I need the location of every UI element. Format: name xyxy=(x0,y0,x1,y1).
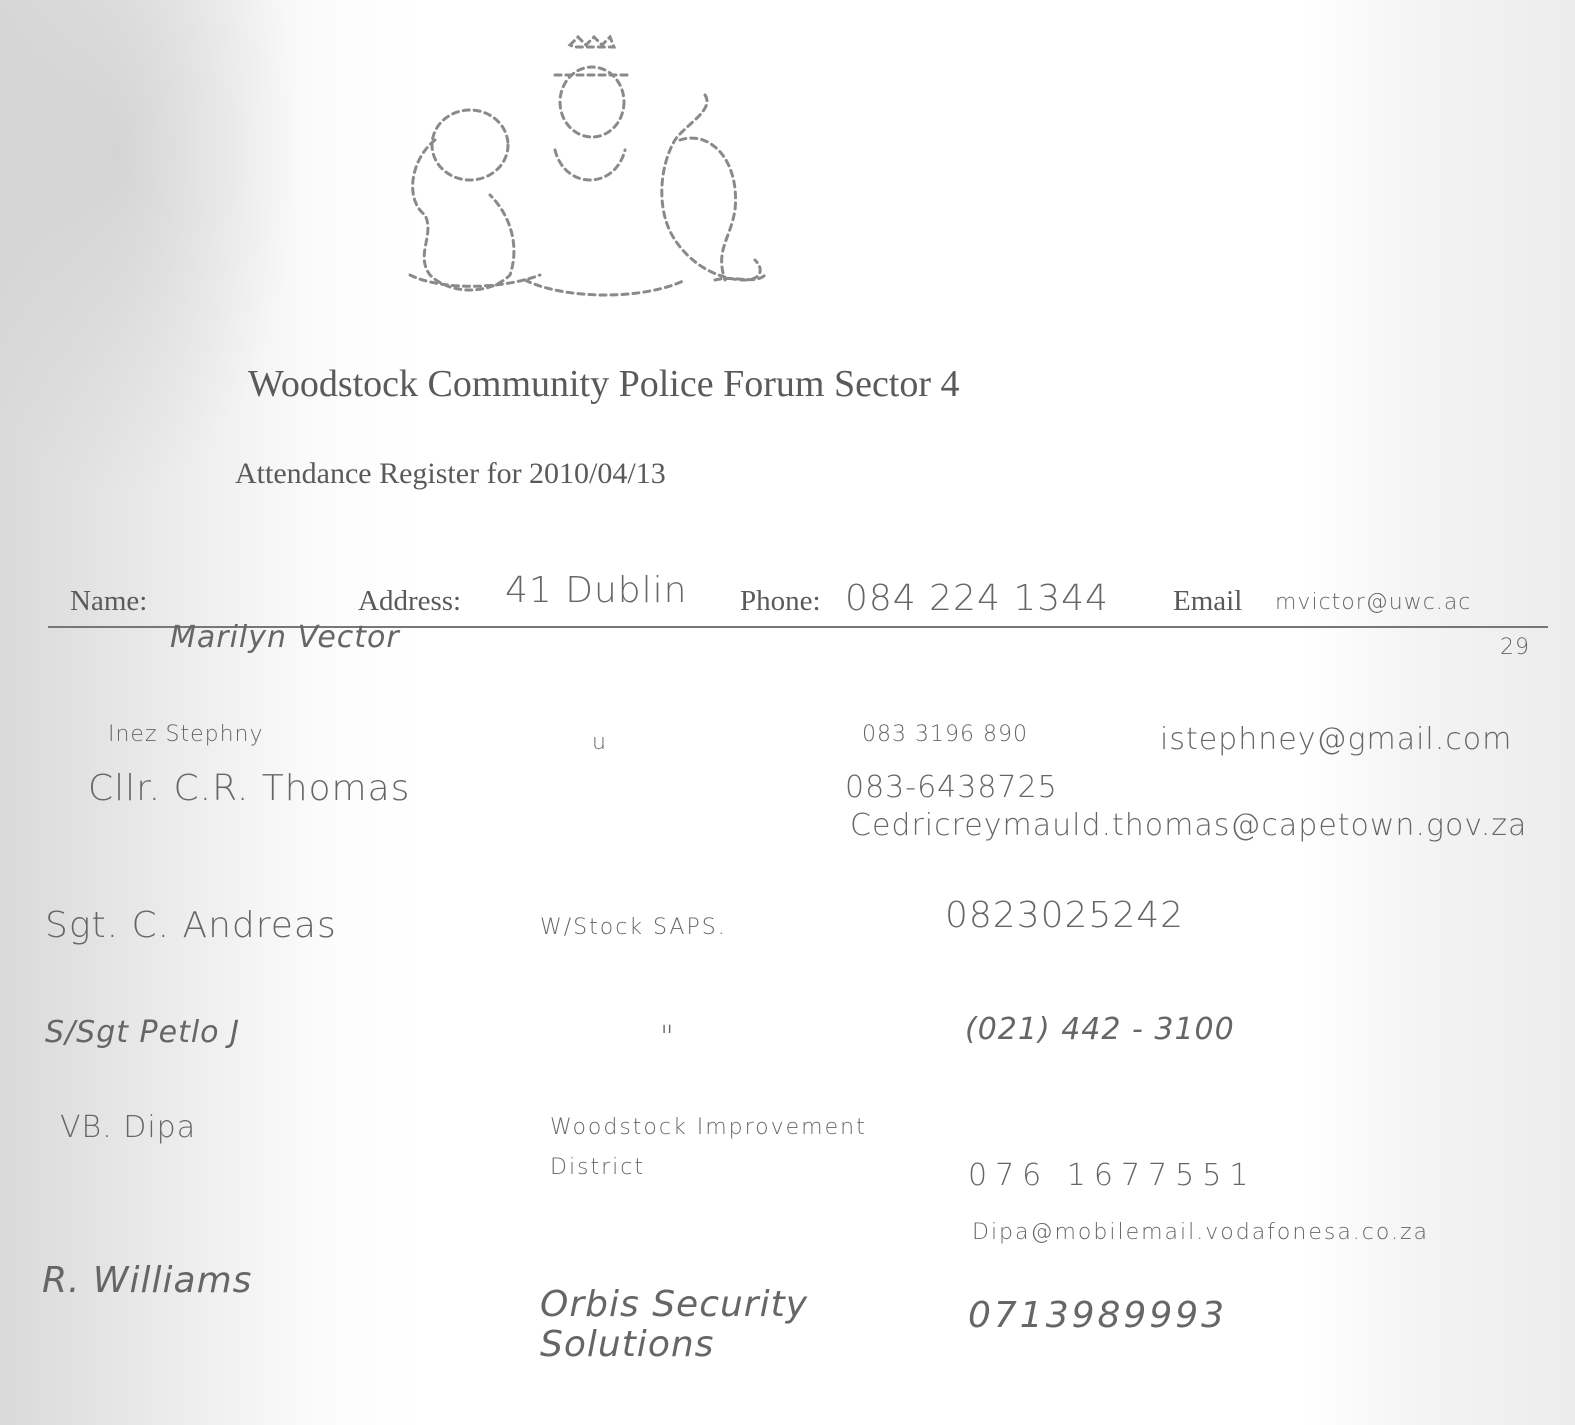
page-title: Woodstock Community Police Forum Sector … xyxy=(248,362,960,406)
entry-phone: 0823025242 xyxy=(945,895,1184,936)
entry-email: mvictor@uwc.ac xyxy=(1275,590,1471,615)
scan-shadow xyxy=(0,0,300,500)
entry-phone: 083 3196 890 xyxy=(862,722,1028,747)
entry-phone: 0713989993 xyxy=(968,1295,1227,1336)
entry-email: Dipa@mobilemail.vodafonesa.co.za xyxy=(972,1220,1429,1245)
entry-address: Woodstock Improvement District xyxy=(550,1108,970,1188)
entry-address: Orbis Security Solutions xyxy=(540,1285,870,1365)
entry-address: u xyxy=(592,730,607,755)
entry-note: 29 xyxy=(1500,635,1530,660)
entry-name: Sgt. C. Andreas xyxy=(45,905,337,946)
page-subtitle: Attendance Register for 2010/04/13 xyxy=(235,457,666,491)
entry-phone: 084 224 1344 xyxy=(845,578,1109,619)
name-label: Name: xyxy=(70,585,147,618)
entry-email: Cedricreymauld.thomas@capetown.gov.za xyxy=(850,808,1527,843)
entry-address: 41 Dublin xyxy=(505,570,687,611)
entry-name: Inez Stephny xyxy=(108,722,264,747)
address-label: Address: xyxy=(358,585,461,618)
entry-name: Marilyn Vector xyxy=(170,620,400,655)
entry-address: " xyxy=(660,1020,675,1055)
entry-address: W/Stock SAPS. xyxy=(540,915,727,940)
entry-name: VB. Dipa xyxy=(60,1110,196,1145)
entry-phone: 076 1677551 xyxy=(968,1158,1256,1193)
email-label: Email xyxy=(1173,585,1242,618)
coat-of-arms-icon xyxy=(395,30,785,320)
phone-label: Phone: xyxy=(740,585,821,618)
entry-name: Cllr. C.R. Thomas xyxy=(88,768,410,809)
entry-name: S/Sgt Petlo J xyxy=(45,1015,240,1050)
entry-phone: (021) 442 - 3100 xyxy=(965,1012,1235,1047)
entry-email: istephney@gmail.com xyxy=(1160,722,1512,757)
entry-name: R. Williams xyxy=(42,1260,252,1301)
entry-phone: 083-6438725 xyxy=(845,770,1058,805)
